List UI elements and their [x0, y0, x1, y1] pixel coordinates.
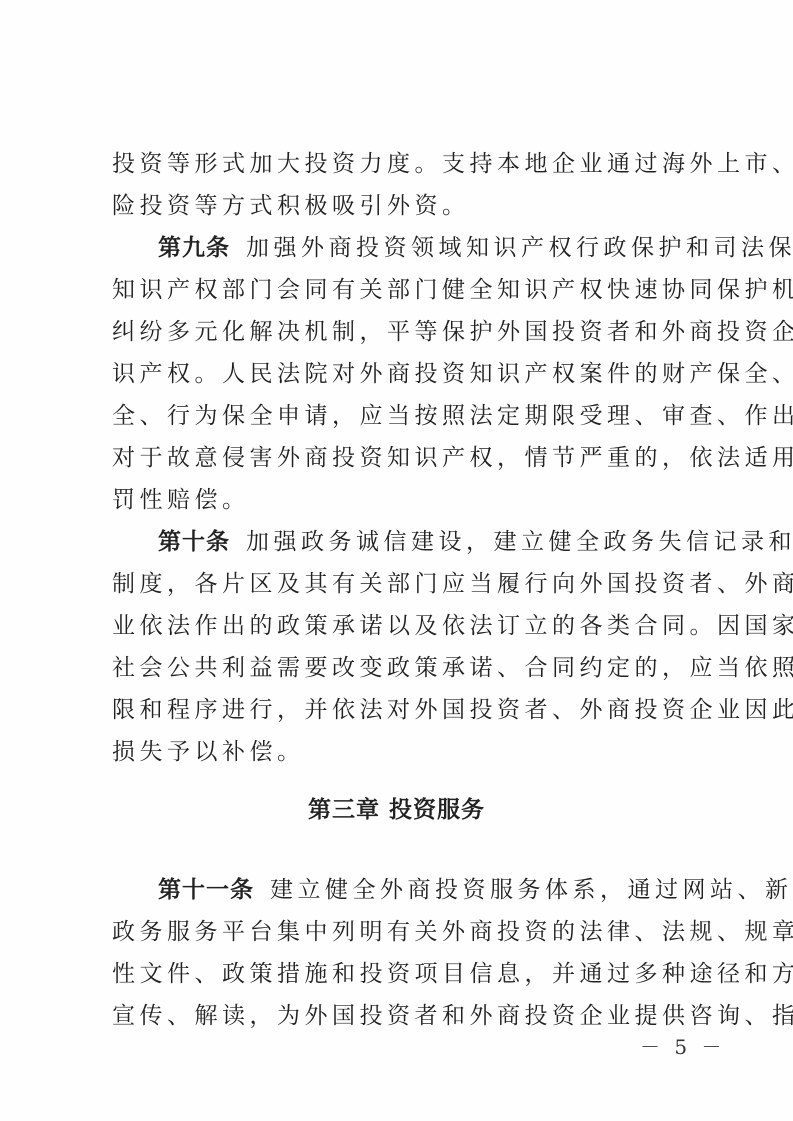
text-span: 加强政务诚信建设，建立健全政务失信记录和惩戒	[246, 529, 793, 555]
text-line: 投资等形式加大投资力度。支持本地企业通过海外上市、引入风	[112, 144, 702, 184]
chapter-heading: 第三章 投资服务	[0, 790, 793, 830]
text-line: 纠纷多元化解决机制，平等保护外国投资者和外商投资企业的知	[112, 312, 702, 352]
text-line: 识产权。人民法院对外商投资知识产权案件的财产保全、证据保	[112, 354, 702, 394]
text-line: 损失予以补偿。	[112, 732, 702, 772]
text-line: 知识产权部门会同有关部门健全知识产权快速协同保护机制和	[112, 270, 702, 310]
text-line: 宣传、解读，为外国投资者和外商投资企业提供咨询、指导等服	[112, 996, 702, 1036]
text-line: 险投资等方式积极吸引外资。	[112, 186, 702, 226]
text-line: 社会公共利益需要改变政策承诺、合同约定的，应当依照法定权	[112, 648, 702, 688]
text-line: 罚性赔偿。	[112, 480, 702, 520]
article-9-label: 第九条	[158, 235, 230, 261]
article-9-first-line: 第九条加强外商投资领域知识产权行政保护和司法保护。	[158, 228, 748, 268]
text-span: 加强外商投资领域知识产权行政保护和司法保护。	[246, 235, 793, 261]
text-line: 全、行为保全申请，应当按照法定期限受理、审查、作出裁定。	[112, 396, 702, 436]
text-line: 限和程序进行，并依法对外国投资者、外商投资企业因此受到的	[112, 690, 702, 730]
text-line: 性文件、政策措施和投资项目信息，并通过多种途径和方式加强	[112, 954, 702, 994]
article-11-label: 第十一条	[158, 877, 254, 903]
text-line: 对于故意侵害外商投资知识产权，情节严重的，依法适用侵权惩	[112, 438, 702, 478]
article-11-first-line: 第十一条建立健全外商投资服务体系，通过网站、新媒体、	[158, 870, 748, 910]
text-line: 制度，各片区及其有关部门应当履行向外国投资者、外商投资企	[112, 564, 702, 604]
article-10-first-line: 第十条加强政务诚信建设，建立健全政务失信记录和惩戒	[158, 522, 748, 562]
document-page: 投资等形式加大投资力度。支持本地企业通过海外上市、引入风 险投资等方式积极吸引外…	[0, 0, 793, 1121]
text-line: 政务服务平台集中列明有关外商投资的法律、法规、规章、规范	[112, 912, 702, 952]
article-10-label: 第十条	[158, 529, 230, 555]
text-line: 业依法作出的政策承诺以及依法订立的各类合同。因国家利益、	[112, 606, 702, 646]
page-number: － 5 －	[640, 1032, 725, 1062]
text-span: 建立健全外商投资服务体系，通过网站、新媒体、	[270, 877, 793, 903]
